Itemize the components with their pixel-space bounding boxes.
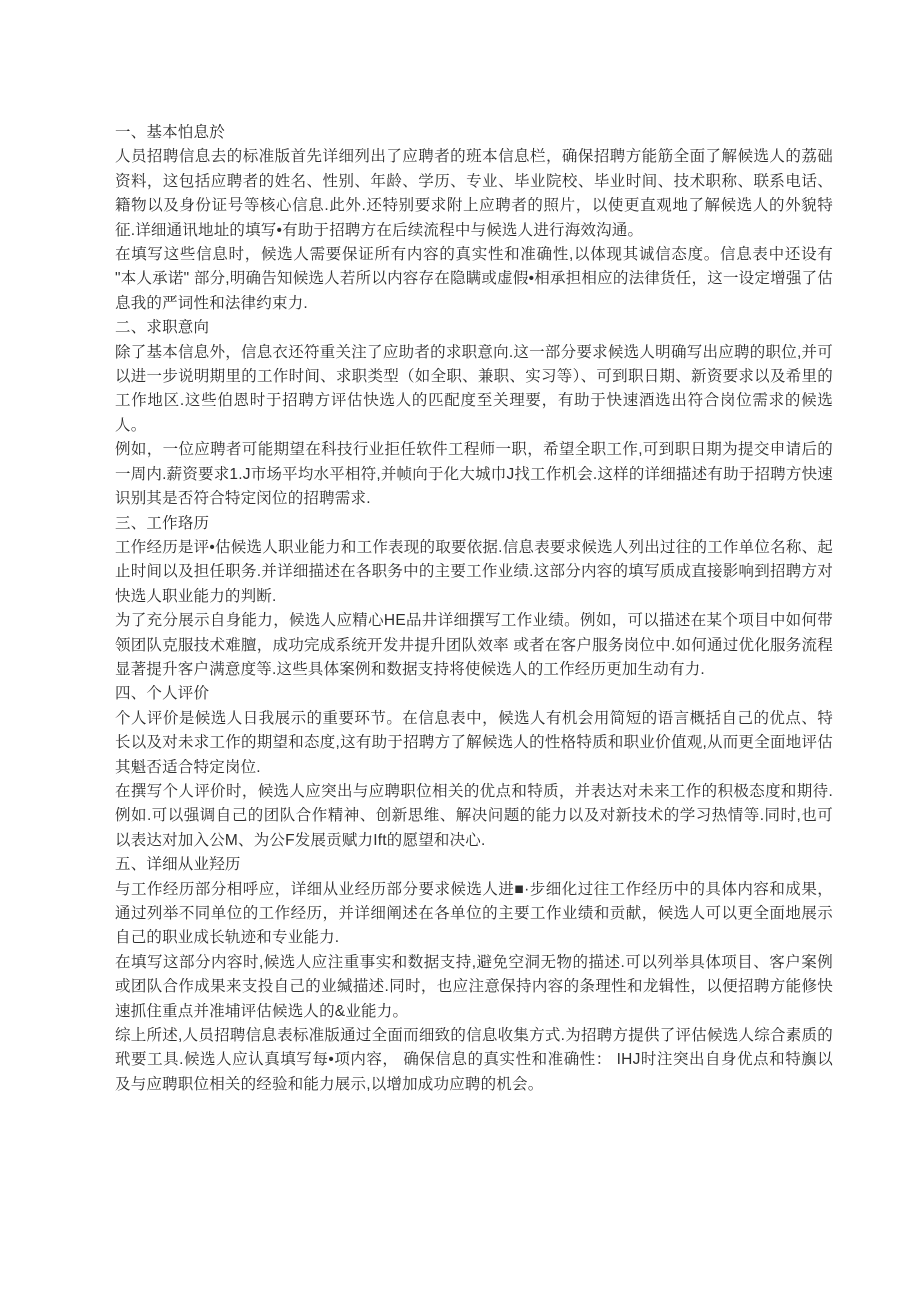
document-page: 一、基本怕息於 人员招聘信息去的标准版首先详细列出了应聘者的班本信息栏，确保招聘… [0, 0, 920, 1301]
section-paragraph: 人员招聘信息去的标准版首先详细列出了应聘者的班本信息栏，确保招聘方能筋全面了解候… [115, 145, 833, 243]
section-detailed-career: 五、详细从业羟历 与工作经历部分相呼应，详细从业经历部分要求候选人进■·步细化过… [115, 853, 833, 1024]
section-paragraph: 与工作经历部分相呼应，详细从业经历部分要求候选人进■·步细化过往工作经历中的具体… [115, 878, 833, 951]
section-paragraph: 工作经历是评•估候选人职业能力和工作表现的取要依据.信息表要求候选人列出过往的工… [115, 536, 833, 609]
document-body: 一、基本怕息於 人员招聘信息去的标准版首先详细列出了应聘者的班本信息栏，确保招聘… [115, 121, 833, 1097]
section-heading: 五、详细从业羟历 [115, 853, 833, 877]
section-paragraph: 为了充分展示自身能力，候选人应精心HE品井详细撰写工作业绩。例如，可以描述在某个… [115, 609, 833, 682]
section-paragraph: 在填写这部分内容时,候选人应注重事实和数据支持,避免空洞无物的描述.可以列举具体… [115, 951, 833, 1024]
section-heading: 三、工作珞历 [115, 512, 833, 536]
section-heading: 一、基本怕息於 [115, 121, 833, 145]
section-job-intention: 二、求职意向 除了基本信息外，信息衣还符重关注了应助者的求职意向.这一部分要求候… [115, 316, 833, 511]
section-paragraph: 个人评价是候选人日我展示的重要环节。在信息表中，候选人有机会用简短的语言概括自己… [115, 707, 833, 780]
section-heading: 二、求职意向 [115, 316, 833, 340]
conclusion-paragraph: 综上所述,人员招聘信息表标准版通过全面而细致的信息收集方式.为招聘方提供了评估候… [115, 1024, 833, 1097]
section-paragraph: 在填写这些信息时，候选人需要保证所有内容的真实性和准确性,以体现其诚信态度。信息… [115, 243, 833, 316]
section-paragraph: 在撰写个人评价时，候选人应突出与应聘职位相关的优点和特质，并表达对未来工作的积极… [115, 780, 833, 853]
section-basic-info: 一、基本怕息於 人员招聘信息去的标准版首先详细列出了应聘者的班本信息栏，确保招聘… [115, 121, 833, 316]
section-work-experience: 三、工作珞历 工作经历是评•估候选人职业能力和工作表现的取要依据.信息表要求候选… [115, 512, 833, 683]
section-paragraph: 例如，一位应聘者可能期望在科技行业拒任软件工程师一职，希望全职工作,可到职日期为… [115, 438, 833, 511]
section-heading: 四、个人评价 [115, 682, 833, 706]
section-paragraph: 除了基本信息外，信息衣还符重关注了应助者的求职意向.这一部分要求候选人明确写出应… [115, 341, 833, 439]
section-self-evaluation: 四、个人评价 个人评价是候选人日我展示的重要环节。在信息表中，候选人有机会用简短… [115, 682, 833, 853]
